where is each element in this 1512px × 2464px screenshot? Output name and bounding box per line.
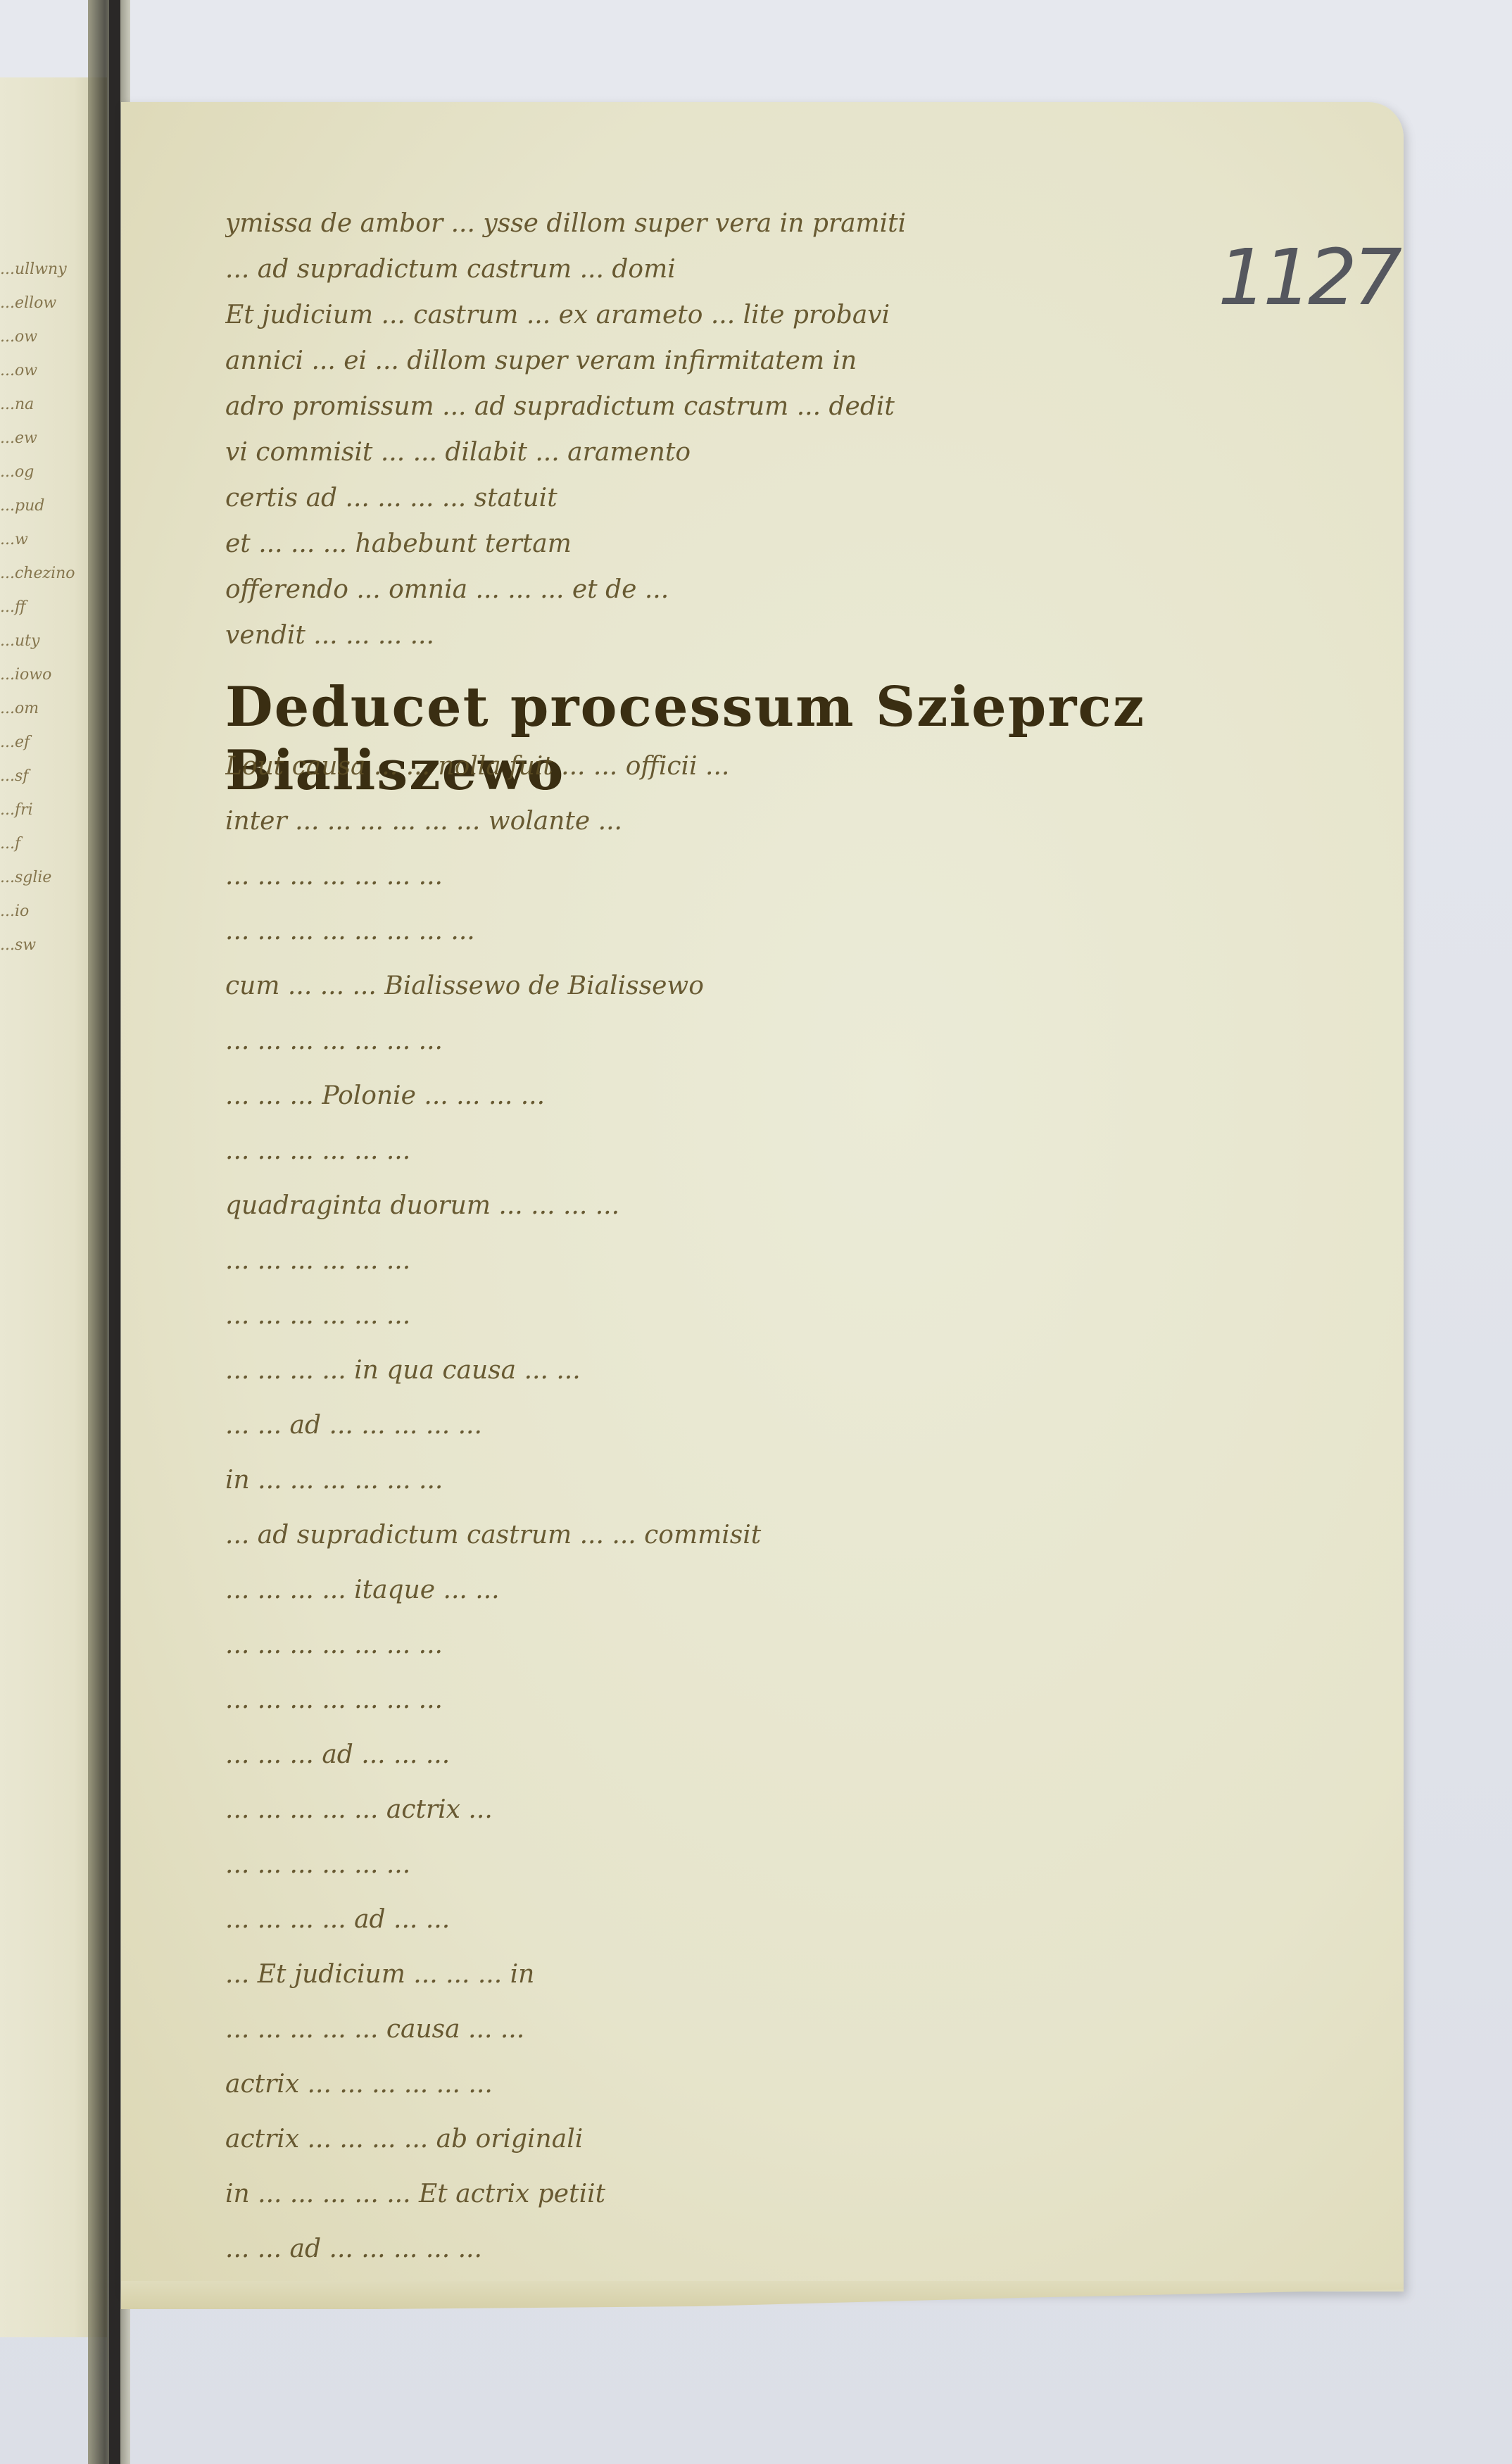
text-line: actrix ... ... ... ... ... ...	[225, 2057, 1267, 2112]
entry-heading: Deducet processum Szieprcz Bialiszewo	[225, 676, 1267, 739]
left-page-text: ...ullwny...ellow...ow...ow...na...ew...…	[0, 260, 92, 970]
text-line: ... ... ... ... ... ... ...	[225, 1014, 1267, 1069]
text-line: ... ad supradictum castrum ... domi	[225, 246, 1267, 292]
text-line: ...f	[0, 835, 92, 869]
main-entry: Deducet processum Szieprcz Bialiszewo Lo…	[225, 676, 1267, 2277]
text-line: ...ow	[0, 328, 92, 362]
holding-strap	[109, 0, 120, 2464]
text-line: ... ... ... ... ... ...	[225, 1837, 1267, 1892]
text-line: ... ... ... ... ... ...	[225, 1288, 1267, 1343]
top-text-block: ymissa de ambor ... ysse dillom super ve…	[225, 201, 1267, 658]
text-line: ... ... ... ... ... ... ...	[225, 1673, 1267, 1728]
text-line: actrix ... ... ... ... ab originali	[225, 2112, 1267, 2167]
text-line: inter ... ... ... ... ... ... wolante ..…	[225, 794, 1267, 849]
text-line: ...chezino	[0, 565, 92, 598]
text-line: ...ff	[0, 598, 92, 632]
text-line: ... ... ... ... ... ...	[225, 1124, 1267, 1178]
text-line: ... ... ... ... ... ... ...	[225, 849, 1267, 904]
text-line: ...sglie	[0, 869, 92, 903]
text-line: ymissa de ambor ... ysse dillom super ve…	[225, 201, 1267, 246]
text-line: vendit ... ... ... ...	[225, 612, 1267, 658]
text-line: ...sf	[0, 767, 92, 801]
text-line: ...ellow	[0, 294, 92, 328]
text-line: ... ... ... ... ad ... ...	[225, 1892, 1267, 1947]
text-line: ... ... ad ... ... ... ... ...	[225, 1398, 1267, 1453]
text-line: in ... ... ... ... ... Et actrix petiit	[225, 2167, 1267, 2222]
text-line: ... ... ... ... itaque ... ...	[225, 1563, 1267, 1618]
text-line: ... ... ... ... ... causa ... ...	[225, 2002, 1267, 2057]
text-line: ... ... ... ... ... ...	[225, 1233, 1267, 1288]
text-line: ...sw	[0, 936, 92, 970]
text-line: ...ullwny	[0, 260, 92, 294]
text-line: ... ... ... ... ... actrix ...	[225, 1783, 1267, 1837]
text-line: ... ... ... ad ... ... ...	[225, 1728, 1267, 1783]
text-line: ...om	[0, 700, 92, 734]
text-line: offerendo ... omnia ... ... ... et de ..…	[225, 567, 1267, 612]
text-line: ...uty	[0, 632, 92, 666]
text-line: Lout causa ... ... nolla fuit ... ... of…	[225, 739, 1267, 794]
text-line: ...na	[0, 396, 92, 429]
text-line: ...pud	[0, 497, 92, 531]
text-line: ... ad supradictum castrum ... ... commi…	[225, 1508, 1267, 1563]
text-line: ...io	[0, 903, 92, 936]
text-line: et ... ... ... habebunt tertam	[225, 521, 1267, 567]
text-line: in ... ... ... ... ... ...	[225, 1453, 1267, 1508]
main-text-block: Lout causa ... ... nolla fuit ... ... of…	[225, 739, 1267, 2277]
text-line: Et judicium ... castrum ... ex arameto .…	[225, 292, 1267, 338]
text-line: ...iowo	[0, 666, 92, 700]
text-line: ... ... ... Polonie ... ... ... ...	[225, 1069, 1267, 1124]
text-line: ...ef	[0, 734, 92, 767]
text-line: ...ew	[0, 429, 92, 463]
text-line: cum ... ... ... Bialissewo de Bialissewo	[225, 959, 1267, 1014]
text-line: adro promissum ... ad supradictum castru…	[225, 384, 1267, 429]
text-line: ...fri	[0, 801, 92, 835]
text-line: quadraginta duorum ... ... ... ...	[225, 1178, 1267, 1233]
text-line: annici ... ei ... dillom super veram inf…	[225, 338, 1267, 384]
text-line: ...ow	[0, 362, 92, 396]
text-line: certis ad ... ... ... ... statuit	[225, 475, 1267, 521]
text-line: ...w	[0, 531, 92, 565]
text-line: ... Et judicium ... ... ... in	[225, 1947, 1267, 2002]
text-line: ... ... ad ... ... ... ... ...	[225, 2222, 1267, 2277]
text-line: ... ... ... ... ... ... ... ...	[225, 904, 1267, 959]
text-line: vi commisit ... ... dilabit ... aramento	[225, 429, 1267, 475]
text-line: ... ... ... ... in qua causa ... ...	[225, 1343, 1267, 1398]
text-line: ...og	[0, 463, 92, 497]
text-line: ... ... ... ... ... ... ...	[225, 1618, 1267, 1673]
